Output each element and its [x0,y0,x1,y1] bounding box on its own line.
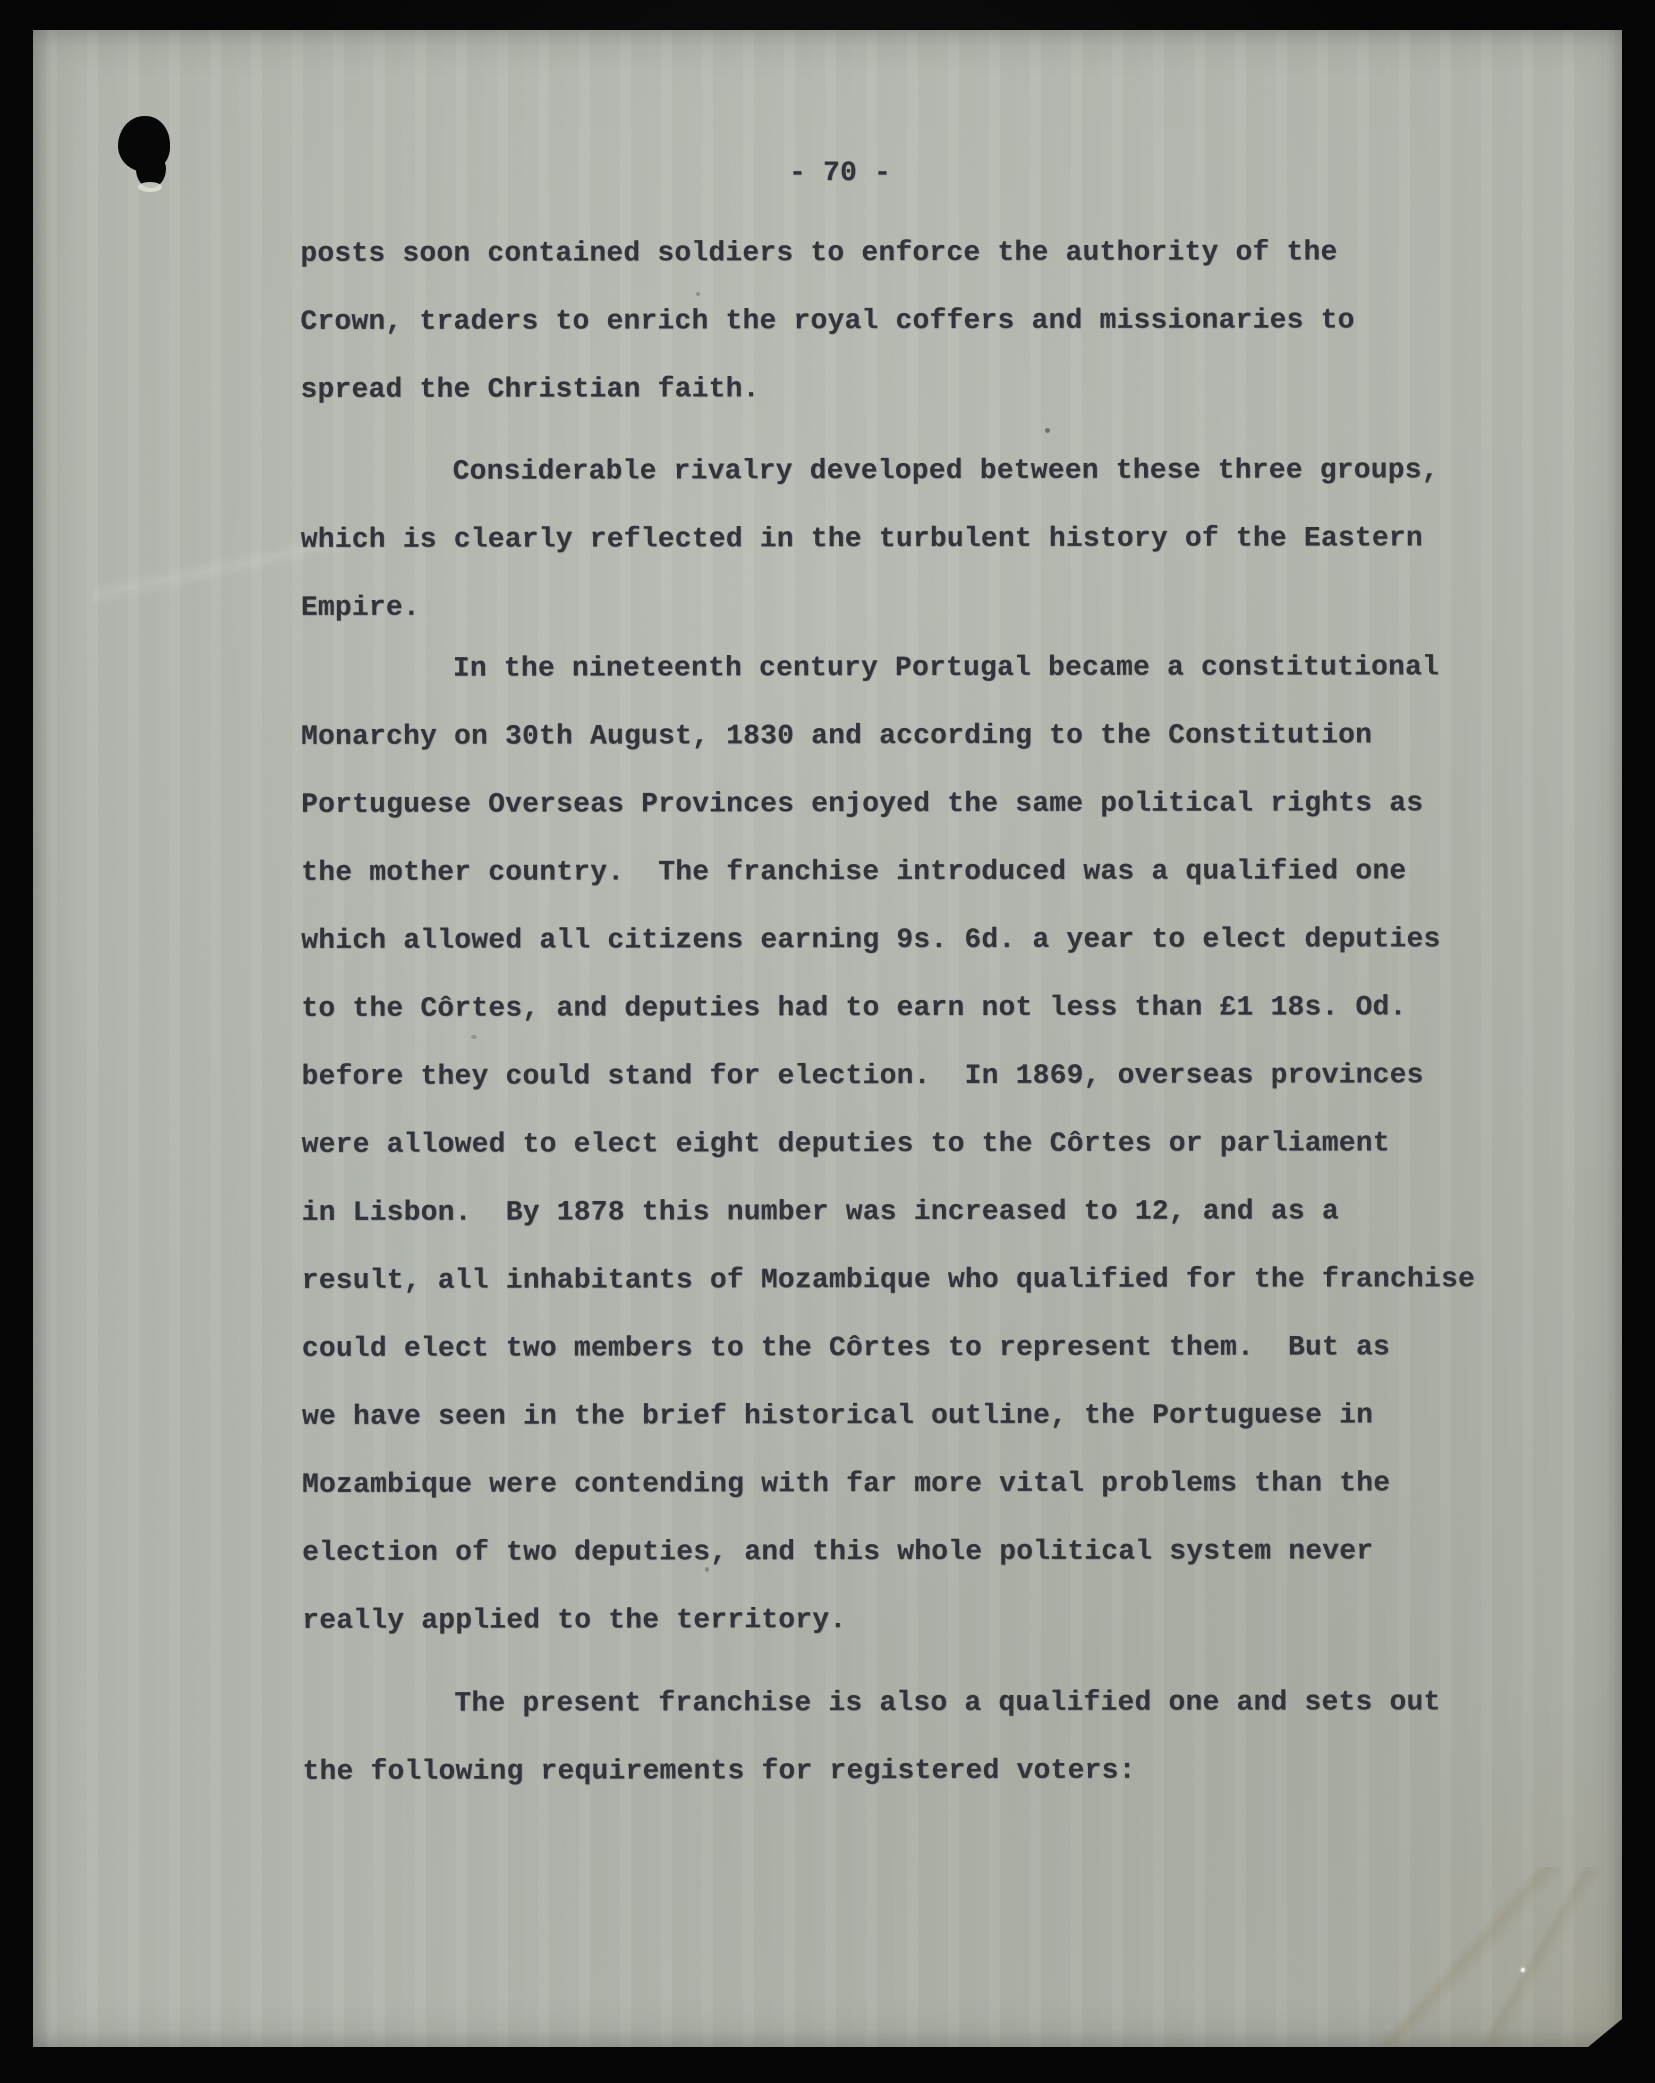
text-line: The present franchise is also a qualifie… [302,1669,1582,1739]
text-line: election of two deputies, and this whole… [302,1518,1582,1588]
text-line: which allowed all citizens earning 9s. 6… [301,906,1581,976]
document-page: - 70 - posts soon contained soldiers to … [33,30,1622,2047]
text-line: the following requirements for registere… [302,1737,1582,1807]
paragraph: The present franchise is also a qualifie… [302,1669,1582,1807]
text-line: Empire. [301,573,1581,643]
text-line: we have seen in the brief historical out… [302,1382,1582,1452]
text-line: Considerable rivalry developed between t… [301,437,1581,507]
text-line: result, all inhabitants of Mozambique wh… [302,1246,1582,1316]
text-line: Crown, traders to enrich the royal coffe… [300,287,1580,357]
paper-speck [696,292,700,296]
text-line: the mother country. The franchise introd… [301,838,1581,908]
text-line: before they could stand for election. In… [301,1042,1581,1112]
page-number: - 70 - [789,158,891,189]
text-line: In the nineteenth century Portugal becam… [301,634,1581,704]
paper-speck [705,1567,709,1572]
paragraph: Considerable rivalry developed between t… [301,437,1581,643]
paper-speck [471,1035,477,1039]
text-line: Mozambique were contending with far more… [302,1450,1582,1520]
text-line: posts soon contained soldiers to enforce… [300,219,1580,289]
punch-hole-highlight [138,182,162,192]
paragraph: posts soon contained soldiers to enforce… [300,219,1580,425]
text-line: Monarchy on 30th August, 1830 and accord… [301,702,1581,772]
text-line: to the Côrtes, and deputies had to earn … [301,974,1581,1044]
text-line: in Lisbon. By 1878 this number was incre… [302,1178,1582,1248]
text-line: were allowed to elect eight deputies to … [302,1110,1582,1180]
text-line: really applied to the territory. [302,1586,1582,1656]
corner-crease [1322,1867,1622,2047]
text-line: which is clearly reflected in the turbul… [301,505,1581,575]
punch-hole [102,86,188,190]
text-line: Portuguese Overseas Provinces enjoyed th… [301,770,1581,840]
paper-speck [1045,428,1050,433]
scan-background: - 70 - posts soon contained soldiers to … [0,0,1655,2083]
paragraph: In the nineteenth century Portugal becam… [301,634,1582,1656]
text-line: could elect two members to the Côrtes to… [302,1314,1582,1384]
text-line: spread the Christian faith. [300,355,1580,425]
